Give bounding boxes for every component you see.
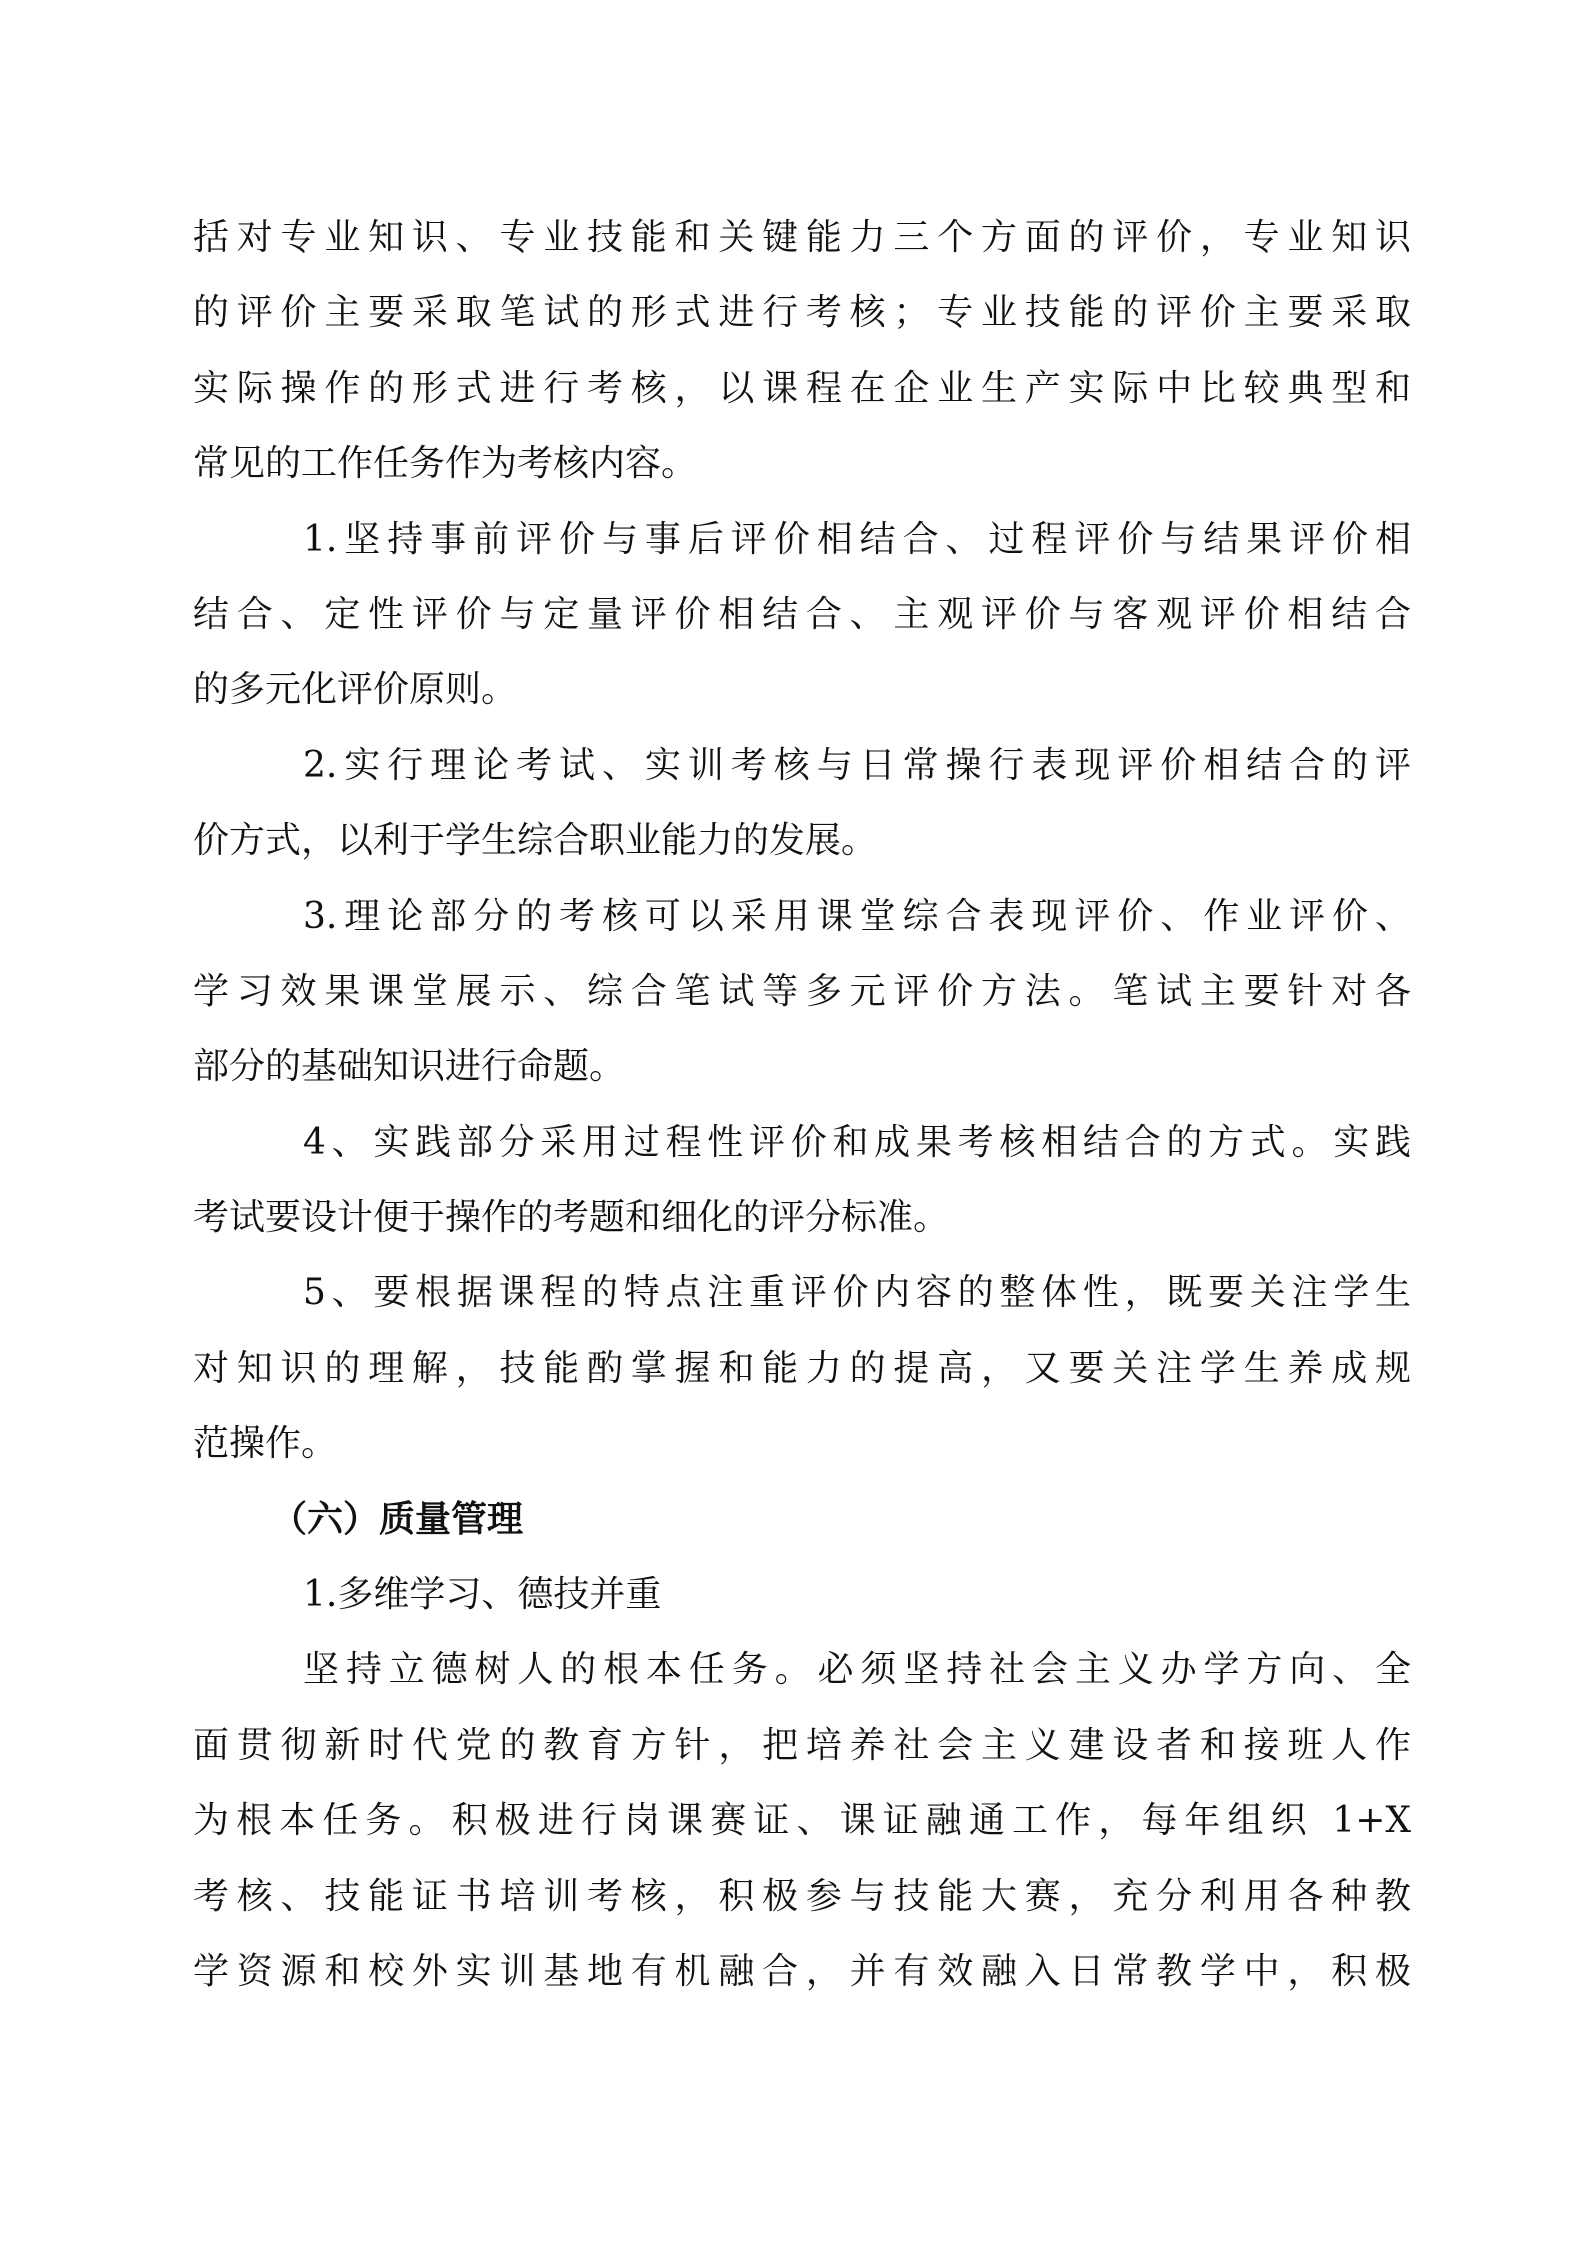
text-line: 括对专业知识、专业技能和关键能力三个方面的评价，专业知识: [193, 200, 1411, 275]
list-item-3-theory-assessment: 3.理论部分的考核可以采用课堂综合表现评价、作业评价、 学习效果课堂展示、综合笔…: [193, 879, 1411, 1105]
section-heading: （六）质量管理: [193, 1482, 1411, 1557]
paragraph-moral-education: 坚持立德树人的根本任务。必须坚持社会主义办学方向、全 面贯彻新时代党的教育方针，…: [193, 1632, 1411, 2009]
text-line: 部分的基础知识进行命题。: [193, 1029, 1411, 1104]
section-heading-quality-management: （六）质量管理: [193, 1482, 1411, 1557]
text-line: 5、要根据课程的特点注重评价内容的整体性，既要关注学生: [193, 1255, 1411, 1330]
list-item-4-practice-assessment: 4、实践部分采用过程性评价和成果考核相结合的方式。实践 考试要设计便于操作的考题…: [193, 1105, 1411, 1256]
text-line: 学习效果课堂展示、综合笔试等多元评价方法。笔试主要针对各: [193, 954, 1411, 1029]
text-line: 面贯彻新时代党的教育方针，把培养社会主义建设者和接班人作: [193, 1708, 1411, 1783]
text-line: 价方式，以利于学生综合职业能力的发展。: [193, 803, 1411, 878]
text-line: 常见的工作任务作为考核内容。: [193, 426, 1411, 501]
text-line: 实际操作的形式进行考核，以课程在企业生产实际中比较典型和: [193, 351, 1411, 426]
text-line: 考试要设计便于操作的考题和细化的评分标准。: [193, 1180, 1411, 1255]
list-item-5-holistic-evaluation: 5、要根据课程的特点注重评价内容的整体性，既要关注学生 对知识的理解，技能酌掌握…: [193, 1255, 1411, 1481]
text-line: 1.坚持事前评价与事后评价相结合、过程评价与结果评价相: [193, 502, 1411, 577]
text-line: 2.实行理论考试、实训考核与日常操行表现评价相结合的评: [193, 728, 1411, 803]
text-line: 结合、定性评价与定量评价相结合、主观评价与客观评价相结合: [193, 577, 1411, 652]
list-item-2-evaluation-methods: 2.实行理论考试、实训考核与日常操行表现评价相结合的评 价方式，以利于学生综合职…: [193, 728, 1411, 879]
text-line: 学资源和校外实训基地有机融合，并有效融入日常教学中，积极: [193, 1934, 1411, 2009]
text-line: 考核、技能证书培训考核，积极参与技能大赛，充分利用各种教: [193, 1859, 1411, 1934]
text-line: 为根本任务。积极进行岗课赛证、课证融通工作，每年组织 1+X: [193, 1783, 1411, 1858]
text-line: 对知识的理解，技能酌掌握和能力的提高，又要关注学生养成规: [193, 1331, 1411, 1406]
text-line: 4、实践部分采用过程性评价和成果考核相结合的方式。实践: [193, 1105, 1411, 1180]
document-body: 括对专业知识、专业技能和关键能力三个方面的评价，专业知识 的评价主要采取笔试的形…: [193, 200, 1411, 2009]
document-page: 括对专业知识、专业技能和关键能力三个方面的评价，专业知识 的评价主要采取笔试的形…: [0, 0, 1587, 2245]
subheading-multidimensional-learning: 1.多维学习、德技并重: [193, 1557, 1411, 1632]
text-line: 坚持立德树人的根本任务。必须坚持社会主义办学方向、全: [193, 1632, 1411, 1707]
text-line: 3.理论部分的考核可以采用课堂综合表现评价、作业评价、: [193, 879, 1411, 954]
text-line: 范操作。: [193, 1406, 1411, 1481]
list-item-1-evaluation-principles: 1.坚持事前评价与事后评价相结合、过程评价与结果评价相 结合、定性评价与定量评价…: [193, 502, 1411, 728]
text-line: 的多元化评价原则。: [193, 652, 1411, 727]
paragraph-assessment-scope: 括对专业知识、专业技能和关键能力三个方面的评价，专业知识 的评价主要采取笔试的形…: [193, 200, 1411, 502]
subheading: 1.多维学习、德技并重: [193, 1557, 1411, 1632]
text-line: 的评价主要采取笔试的形式进行考核；专业技能的评价主要采取: [193, 275, 1411, 350]
